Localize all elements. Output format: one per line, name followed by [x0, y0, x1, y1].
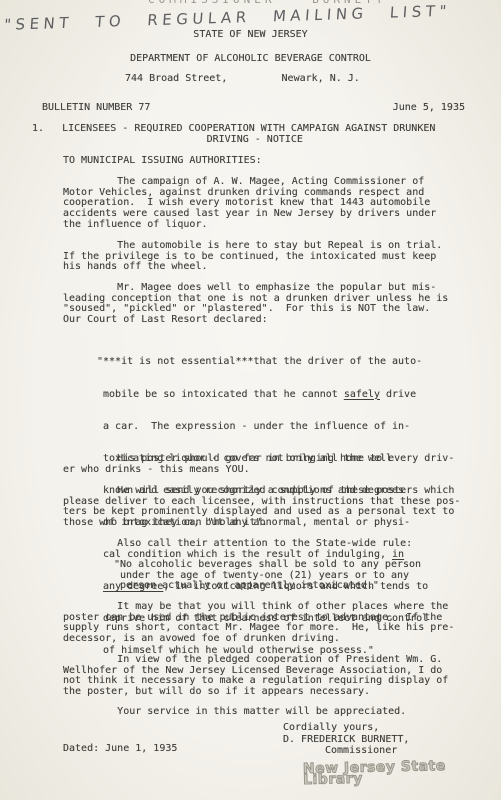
bulletin-row: BULLETIN NUMBER 77 June 5, 1935 — [42, 103, 465, 114]
section-title: 1. LICENSEES - REQUIRED COOPERATION WITH… — [32, 124, 435, 145]
paragraph-wellhofer: In view of the pledged cooperation of Pr… — [63, 655, 448, 698]
library-stamp: New Jersey State Library — [303, 760, 501, 786]
rule-quote: "No alcoholic beverages shall be sold to… — [114, 560, 421, 592]
paragraph-poster: His poster should go far in bringing hom… — [63, 454, 454, 475]
quote-line: mobile be so intoxicated that he cannot … — [97, 390, 428, 401]
salutation: TO MUNICIPAL ISSUING AUTHORITIES: — [63, 156, 262, 167]
state-title: STATE OF NEW JERSEY — [0, 30, 501, 41]
paragraph-service: Your service in this matter will be appr… — [63, 707, 406, 718]
quote-line: a car. The expression - under the influe… — [97, 422, 428, 433]
paragraph-rule-intro: Also call their attention to the State-w… — [63, 539, 412, 550]
paragraph-magee: Mr. Magee does well to emphasize the pop… — [63, 283, 448, 326]
dated-line: Dated: June 1, 1935 — [63, 744, 177, 755]
paragraph-automobile: The automobile is here to stay but Repea… — [63, 241, 442, 273]
paragraph-other-places: It may be that you will think of other p… — [63, 602, 454, 645]
address-line: 744 Broad Street, Newark, N. J. — [125, 74, 360, 85]
bulletin-number: BULLETIN NUMBER 77 — [42, 103, 150, 114]
department-title: DEPARTMENT OF ALCOHOLIC BEVERAGE CONTROL — [0, 54, 501, 65]
scanned-bulletin-page: COMMISSIONER BURNETT "SENT TO REGULAR MA… — [0, 0, 501, 800]
paragraph-supply: He will send you shortly a supply of the… — [63, 486, 460, 529]
quote-line: "***it is not essential***that the drive… — [97, 357, 428, 368]
closing-cordially: Cordially yours, — [283, 723, 379, 734]
paragraph-campaign: The campaign of A. W. Magee, Acting Comm… — [63, 177, 436, 231]
closing-title: Commissioner — [325, 746, 397, 757]
bulletin-date: June 5, 1935 — [393, 103, 465, 114]
handwritten-mailing-note: "SENT TO REGULAR MAILING LIST" — [4, 4, 501, 30]
